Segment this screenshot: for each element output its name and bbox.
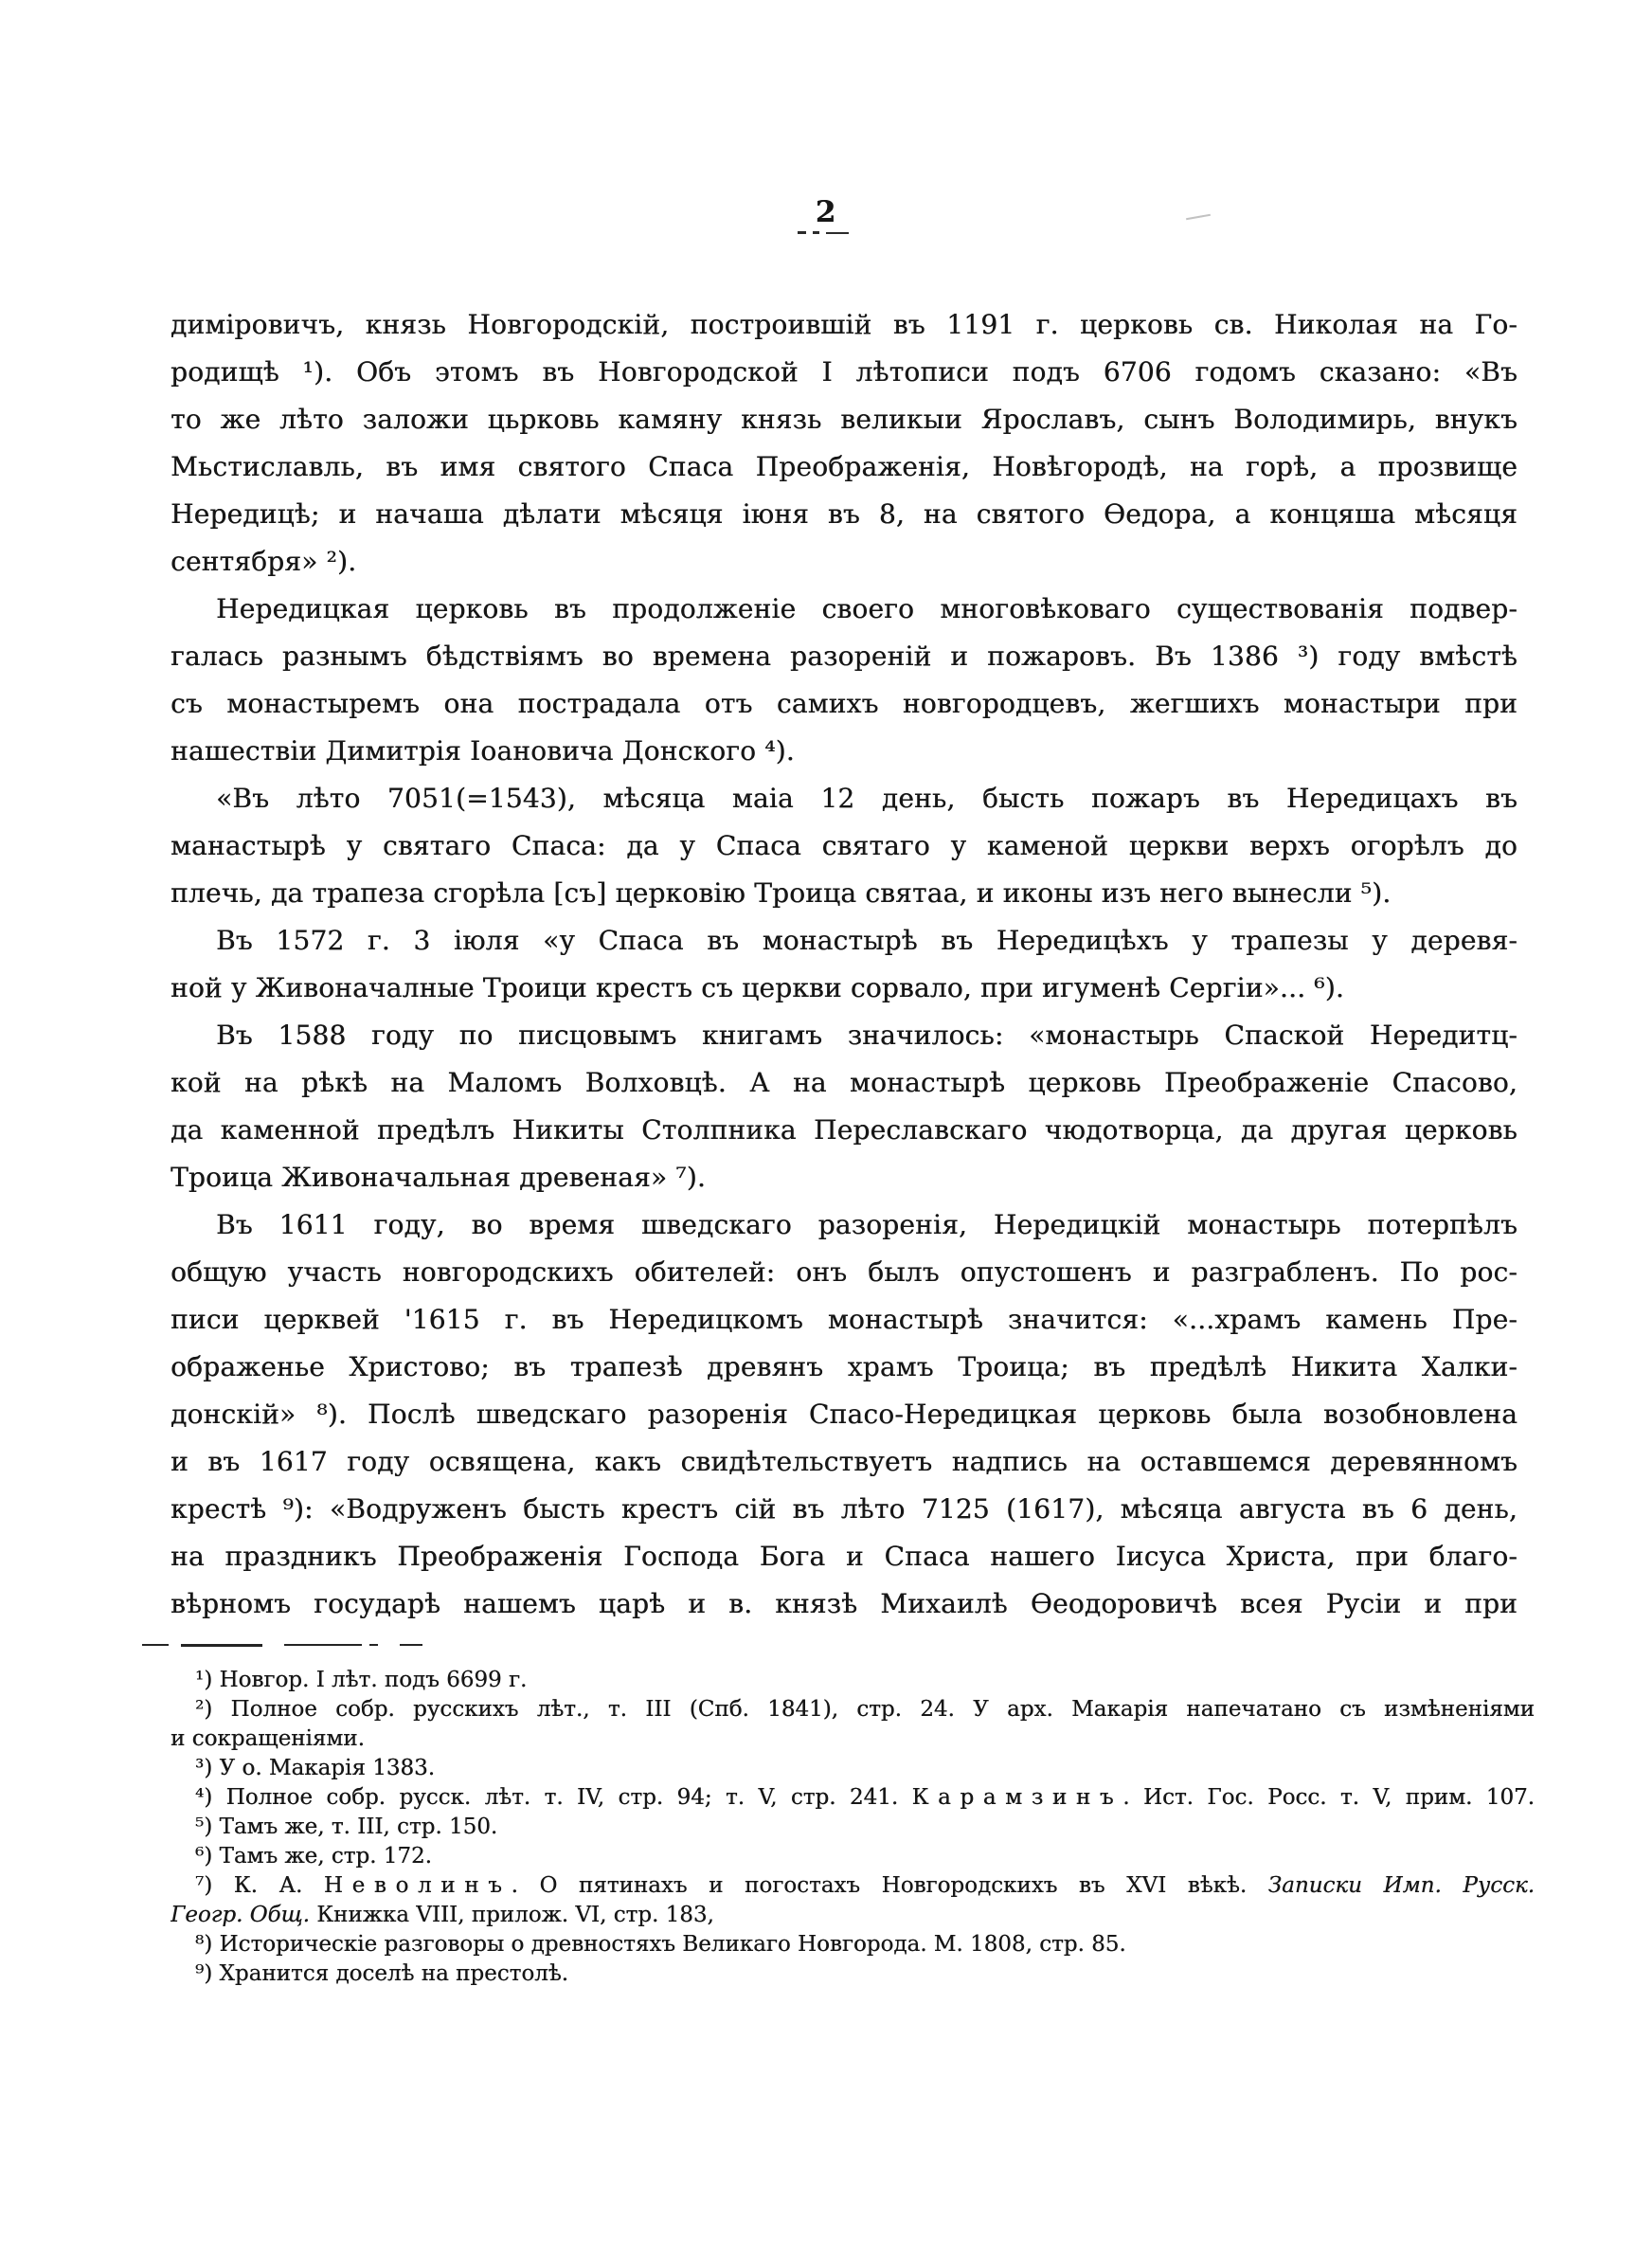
text-line: плечь, да трапеза сгорѣла [съ] церковію … [171,870,1517,917]
text-line: родищѣ ¹). Объ этомъ въ Новгородской I л… [171,349,1517,396]
footnote-text: Книжка VIII, прилож. VI, стр. 183, [310,1903,714,1927]
text-line: ной у Живоначалные Троици крестъ съ церк… [171,965,1517,1012]
text-line: общую участь новгородскихъ обителей: онъ… [171,1249,1517,1296]
source-title: Геогр. Общ. [171,1903,310,1927]
footnote-7-line-1: ⁷) К. А. Неволинъ. О пятинахъ и погостах… [171,1871,1535,1901]
text-line: на праздникъ Преображенія Господа Бога и… [171,1533,1517,1580]
paragraph: Въ 1611 году, во время шведскаго разорен… [171,1201,1517,1628]
paragraph: «Въ лѣто 7051(=1543), мѣсяца маіа 12 ден… [171,775,1517,917]
text-line: сентября» ²). [171,538,1517,586]
footnote-8: ⁸) Историческіе разговоры о древностяхъ … [171,1930,1535,1959]
text-line: Въ 1572 г. 3 іюля «у Спаса въ монастырѣ … [171,917,1517,965]
scanned-book-page: 2 диміровичъ, князь Новгородскій, постро… [0,0,1652,2257]
text-line: донскій» ⁸). Послѣ шведскаго разоренія С… [171,1391,1517,1438]
footnote-5: ⁵) Тамъ же, т. III, стр. 150. [171,1813,1535,1842]
text-line: Въ 1588 году по писцовымъ книгамъ значил… [171,1012,1517,1059]
text-line: ображенье Христово; въ трапезѣ древянъ х… [171,1344,1517,1391]
footnote-2-line-1: ²) Полное собр. русскихъ лѣт., т. III (С… [171,1695,1535,1724]
rule-dash [400,1644,422,1646]
page-number: 2 [0,195,1652,229]
footnotes: ¹) Новгор. I лѣт. подъ 6699 г. ²) Полное… [171,1666,1535,1989]
text-line: «Въ лѣто 7051(=1543), мѣсяца маіа 12 ден… [171,775,1517,822]
footnote-text: ⁴) Полное собр. русск. лѣт. т. IV, стр. … [195,1785,912,1810]
text-line: галась разнымъ бѣдствіямъ во времена раз… [171,633,1517,680]
text-line: нашествіи Димитрія Іоановича Донского ⁴)… [171,728,1517,775]
rule-dash [813,231,819,234]
footnote-separator [142,1643,426,1648]
paragraph-continuation: диміровичъ, князь Новгородскій, построив… [171,301,1517,586]
text-line: Нередицкая церковь въ продолженіе своего… [171,586,1517,633]
paragraph: Въ 1572 г. 3 іюля «у Спаса въ монастырѣ … [171,917,1517,1012]
author-name: Неволинъ [324,1873,512,1898]
text-line: манастырѣ у святаго Спаса: да у Спаса св… [171,822,1517,870]
text-line: то же лѣто заложи цьрковь камяну князь в… [171,396,1517,443]
rule-dash [142,1644,169,1646]
footnote-2-line-2: и сокращеніями. [171,1724,1535,1754]
footnote-9: ⁹) Хранится доселѣ на престолѣ. [171,1959,1535,1989]
rule-dash [798,231,806,234]
footnote-6: ⁶) Тамъ же, стр. 172. [171,1842,1535,1871]
page-body: диміровичъ, князь Новгородскій, построив… [171,301,1517,1628]
footnote-text: . Ист. Гос. Росс. т. V, прим. 107. [1122,1785,1535,1810]
paragraph: Нередицкая церковь въ продолженіе своего… [171,586,1517,775]
text-line: крестѣ ⁹): «Водруженъ бысть крестъ сій в… [171,1486,1517,1533]
text-line: Троица Живоначальная древеная» ⁷). [171,1154,1517,1201]
text-line: писи церквей '1615 г. въ Нередицкомъ мон… [171,1296,1517,1344]
footnote-3: ³) У о. Макарія 1383. [171,1754,1535,1783]
rule-dash [826,232,849,234]
text-line: кой на рѣкѣ на Маломъ Волховцѣ. А на мон… [171,1059,1517,1107]
text-line: диміровичъ, князь Новгородскій, построив… [171,301,1517,349]
footnote-4: ⁴) Полное собр. русск. лѣт. т. IV, стр. … [171,1783,1535,1813]
text-line: съ монастыремъ она пострадала отъ самихъ… [171,680,1517,728]
source-title: Записки Имп. Русск. [1268,1873,1535,1898]
text-line: да каменной предѣлъ Никиты Столпника Пер… [171,1107,1517,1154]
rule-dash [181,1644,262,1647]
footnote-text: ⁷) К. А. [195,1873,324,1898]
text-line: и въ 1617 году освящена, какъ свидѣтельс… [171,1438,1517,1486]
footnote-text: . О пятинахъ и погостахъ Новгородскихъ в… [512,1873,1268,1898]
rule-dash [284,1644,362,1646]
text-line: Нередицѣ; и начаша дѣлати мѣсяця іюня въ… [171,491,1517,538]
rule-dash [369,1644,378,1646]
page-number-rule [798,231,849,234]
footnote-7-line-2: Геогр. Общ. Книжка VIII, прилож. VI, стр… [171,1901,1535,1930]
paragraph: Въ 1588 году по писцовымъ книгамъ значил… [171,1012,1517,1201]
author-name: Карамзинъ [912,1785,1123,1810]
text-line: Мьстиславль, въ имя святого Спаса Преобр… [171,443,1517,491]
text-line: Въ 1611 году, во время шведскаго разорен… [171,1201,1517,1249]
footnote-1: ¹) Новгор. I лѣт. подъ 6699 г. [171,1666,1535,1695]
text-line: вѣрномъ государѣ нашемъ царѣ и в. князѣ … [171,1580,1517,1628]
